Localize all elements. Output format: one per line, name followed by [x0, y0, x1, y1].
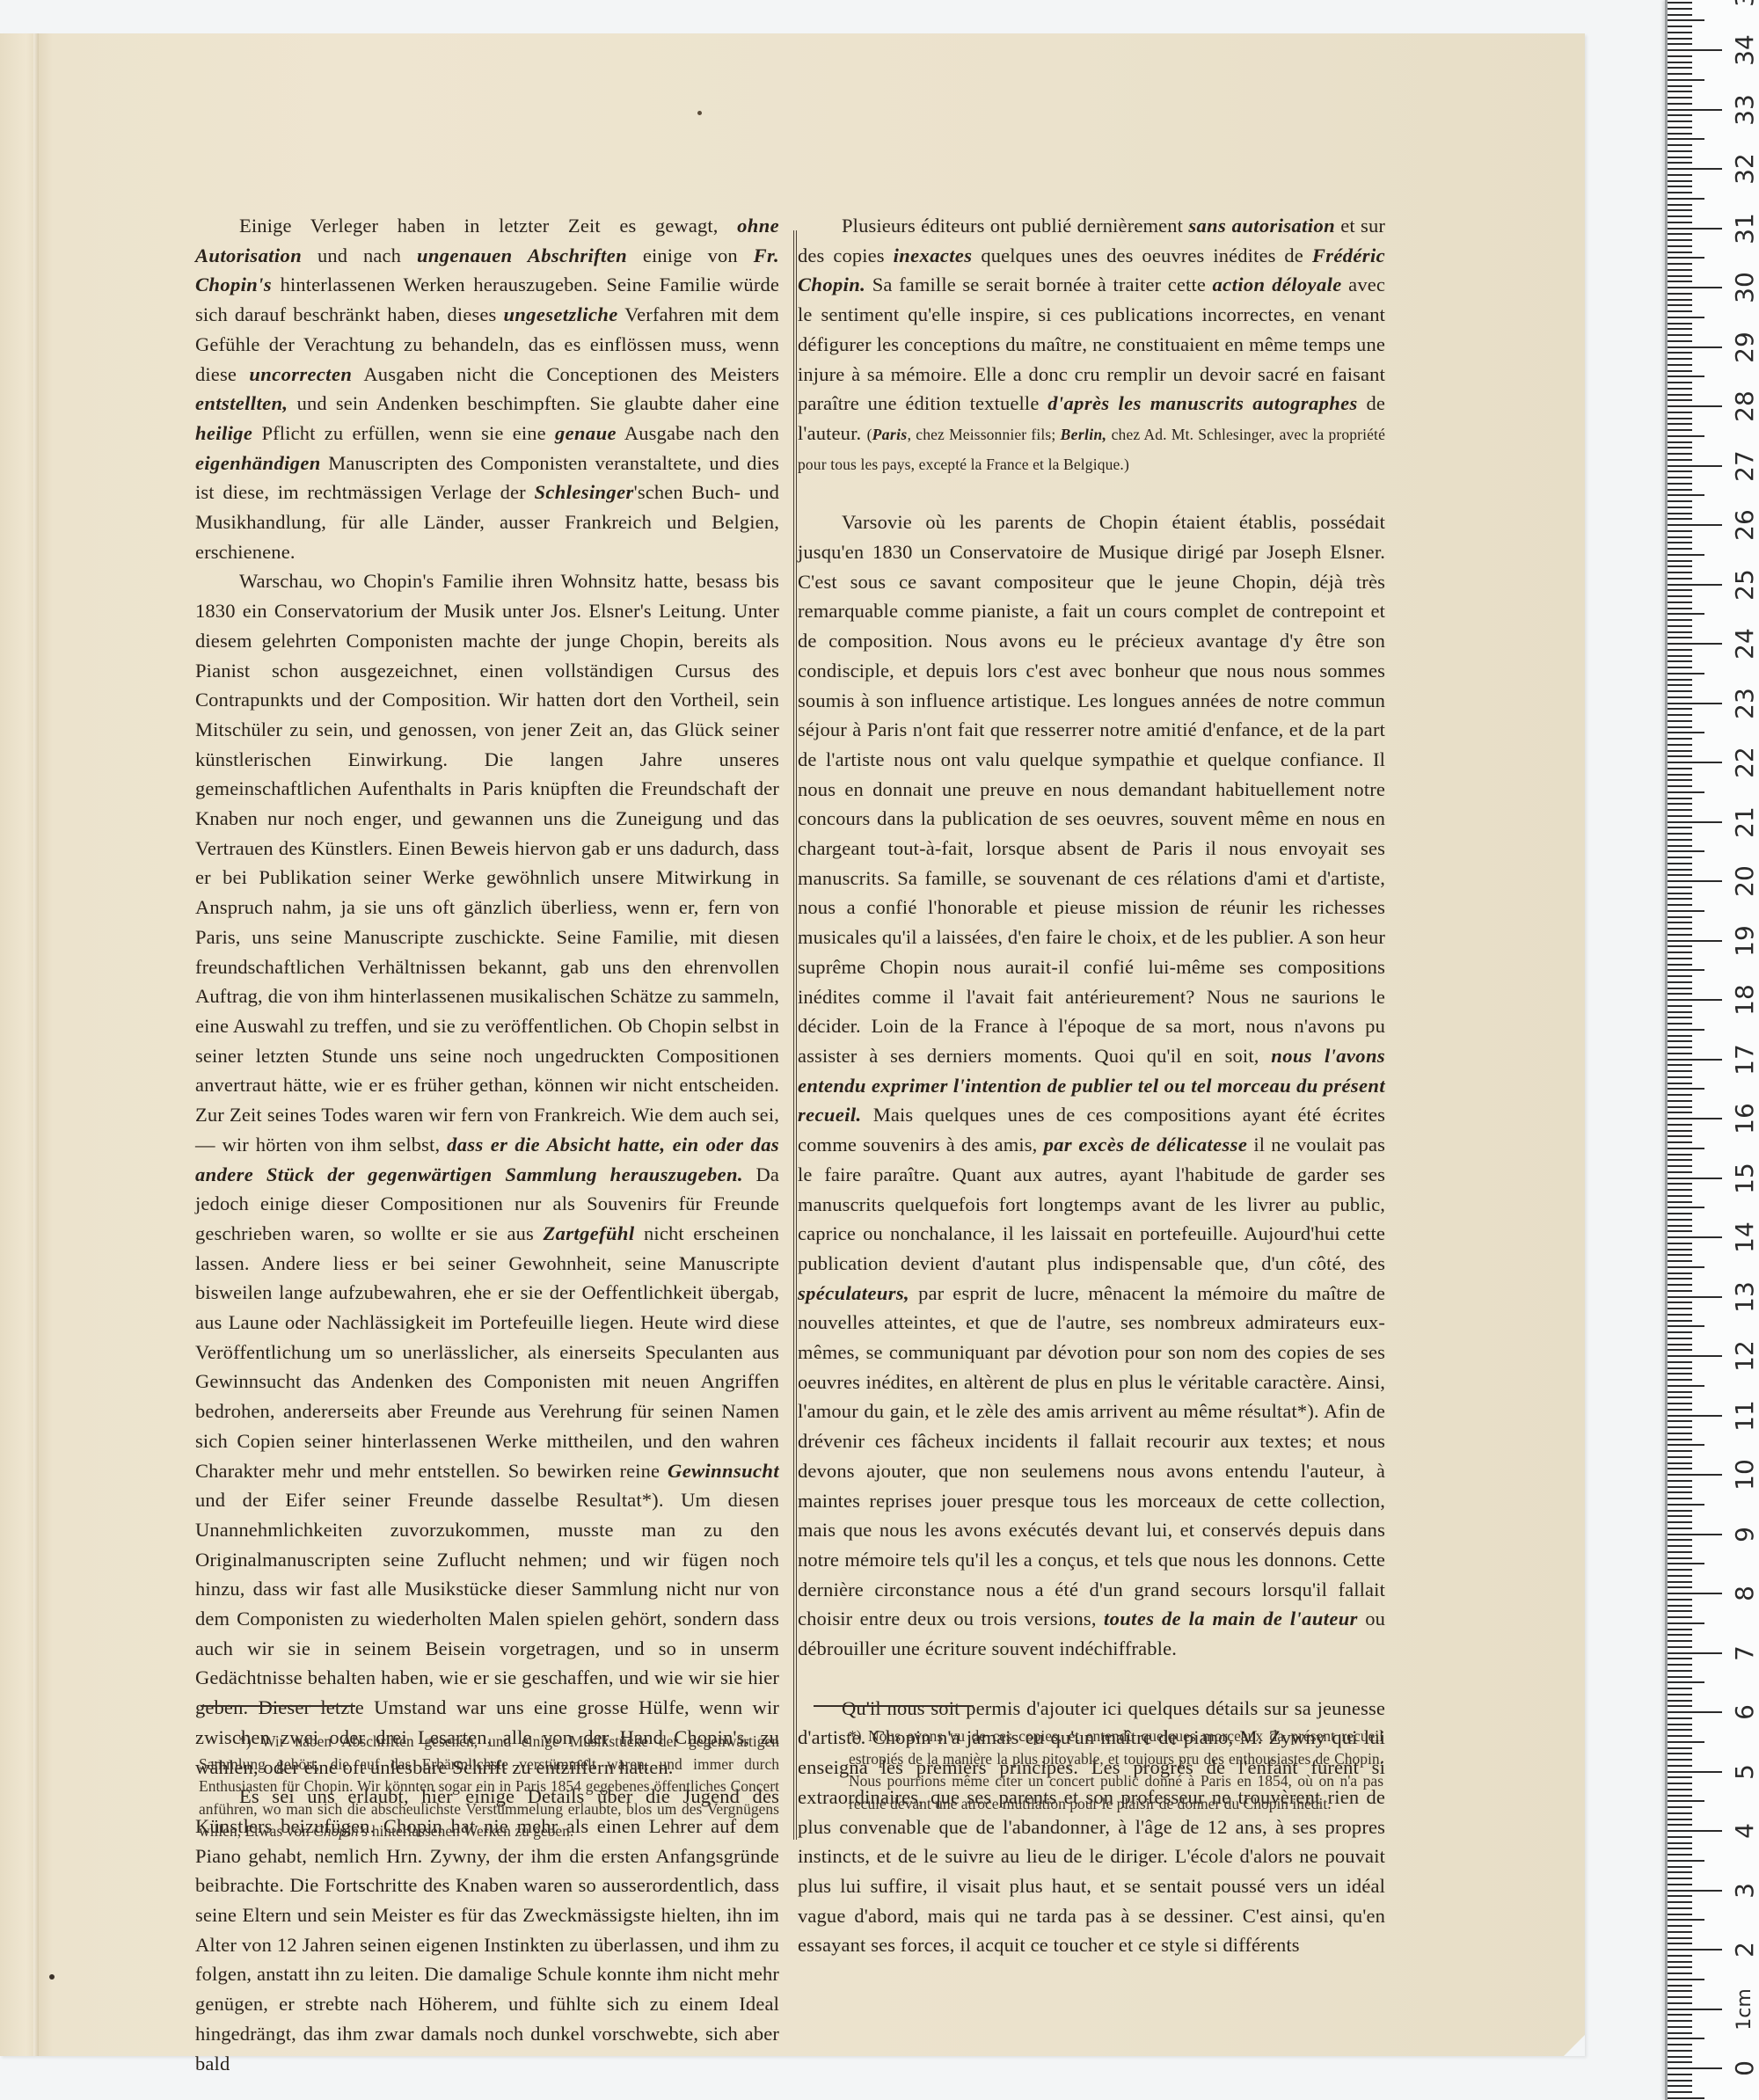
ruler-tick	[1668, 999, 1722, 1001]
ruler-tick	[1668, 1616, 1692, 1618]
ruler-tick	[1668, 1819, 1692, 1820]
ruler-tick	[1668, 750, 1692, 752]
ruler-tick	[1668, 1694, 1692, 1695]
ruler-tick	[1668, 1260, 1692, 1262]
ruler-label: 29	[1733, 332, 1757, 363]
ruler-tick	[1668, 1646, 1692, 1648]
ruler-label: 3	[1733, 1875, 1757, 1907]
ruler-tick	[1668, 1510, 1692, 1512]
ruler-tick	[1668, 1593, 1722, 1594]
ruler-tick	[1668, 993, 1692, 995]
ruler-tick	[1668, 560, 1692, 562]
ruler-tick	[1668, 1848, 1692, 1849]
ruler-tick	[1668, 133, 1692, 135]
ruler-tick	[1668, 975, 1692, 977]
ruler-tick	[1668, 103, 1692, 105]
ruler-tick	[1668, 726, 1692, 728]
ruler-tick	[1668, 578, 1692, 580]
ruler-tick	[1668, 714, 1692, 716]
ruler-tick	[1668, 1581, 1692, 1583]
ruler-tick	[1668, 845, 1692, 847]
ruler-tick	[1668, 1272, 1692, 1274]
ruler-tick	[1668, 1159, 1692, 1161]
ruler-tick	[1668, 1148, 1704, 1149]
ruler-tick	[1668, 1812, 1692, 1814]
ruler-tick	[1668, 1207, 1704, 1208]
ruler-tick	[1668, 738, 1692, 740]
ruler-tick	[1668, 572, 1692, 573]
ruler-tick	[1668, 631, 1692, 633]
ruler-tick	[1668, 1178, 1722, 1179]
ruler-tick	[1668, 649, 1692, 651]
ruler-tick	[1668, 922, 1692, 923]
ruler-tick	[1668, 1302, 1692, 1303]
ruler-tick	[1668, 1355, 1722, 1357]
ruler-tick	[1668, 945, 1692, 947]
ruler-tick	[1668, 198, 1704, 200]
ruler-tick	[1668, 388, 1692, 390]
ruler-tick	[1668, 97, 1692, 98]
ruler-tick	[1668, 1349, 1692, 1351]
ruler-tick	[1668, 809, 1692, 811]
german-footnote-rule	[201, 1705, 355, 1707]
ruler-tick	[1668, 1415, 1722, 1417]
ruler-tick	[1668, 1325, 1704, 1327]
ruler-tick	[1668, 376, 1704, 377]
ruler-tick	[1668, 2074, 1692, 2075]
ruler-tick	[1668, 1367, 1692, 1369]
ruler-tick	[1668, 252, 1692, 253]
ruler-tick	[1668, 1676, 1692, 1678]
ruler-tick	[1668, 2085, 1692, 2087]
ruler-tick	[1668, 174, 1692, 176]
publisher-note: (Paris, chez Meissonnier fils; Berlin, c…	[798, 426, 1385, 473]
ruler-tick	[1668, 1450, 1692, 1452]
ruler-tick	[1668, 1498, 1692, 1499]
ruler-tick	[1668, 138, 1704, 140]
ruler-tick	[1668, 1765, 1692, 1767]
ruler-label: 20	[1733, 865, 1757, 897]
ruler-tick	[1668, 1439, 1692, 1440]
ruler-label: 34	[1733, 34, 1757, 66]
paper-speck	[697, 111, 702, 115]
german-footnote: *) Wir haben Abschriften gesehen, und ei…	[199, 1731, 779, 1843]
ruler-tick	[1668, 1545, 1692, 1547]
ruler-tick	[1668, 1776, 1692, 1778]
ruler-tick	[1668, 2020, 1692, 2022]
ruler-tick	[1668, 1124, 1692, 1126]
ruler-tick	[1668, 328, 1692, 330]
ruler-tick	[1668, 762, 1722, 763]
ruler-tick	[1668, 2067, 1722, 2069]
ruler-tick	[1668, 774, 1692, 776]
ruler-tick	[1668, 1979, 1704, 1980]
ruler-tick	[1668, 1931, 1692, 1933]
ruler-tick	[1668, 1599, 1692, 1601]
ruler-tick	[1668, 1225, 1692, 1227]
ruler-tick	[1668, 1278, 1692, 1280]
ruler-label: 23	[1733, 688, 1757, 719]
ruler-tick	[1668, 827, 1692, 828]
ruler-tick	[1668, 613, 1704, 615]
ruler-tick	[1668, 1842, 1692, 1844]
ruler-tick	[1668, 1486, 1692, 1488]
ruler-tick	[1668, 1806, 1692, 1808]
ruler-tick	[1668, 2009, 1722, 2010]
ruler-tick	[1668, 1023, 1692, 1024]
ruler-tick	[1668, 38, 1692, 40]
ruler-tick	[1668, 1521, 1692, 1523]
french-intro-text: Plusieurs éditeurs ont publié dernièreme…	[798, 215, 1385, 444]
ruler-tick	[1668, 358, 1692, 360]
ruler-tick	[1668, 1539, 1692, 1541]
ruler-tick	[1668, 863, 1692, 864]
ruler-tick	[1668, 1610, 1692, 1612]
measuring-ruler: 01cm234567891011121314151617181920212223…	[1665, 0, 1759, 2100]
ruler-tick	[1668, 2097, 1704, 2099]
ruler-tick	[1668, 79, 1704, 81]
ruler-tick	[1668, 744, 1692, 746]
ruler-tick	[1668, 720, 1692, 722]
ruler-tick	[1668, 874, 1692, 876]
french-footnote: *) Nous avons vu de ces copies, et enten…	[849, 1725, 1383, 1815]
ruler-label: 17	[1733, 1044, 1757, 1076]
ruler-tick	[1668, 209, 1692, 211]
ruler-tick	[1668, 1219, 1692, 1221]
ruler-tick	[1668, 2044, 1692, 2045]
ruler-label: 16	[1733, 1103, 1757, 1134]
ruler-tick	[1668, 667, 1692, 668]
ruler-tick	[1668, 233, 1692, 235]
ruler-tick	[1668, 1735, 1692, 1737]
ruler-tick	[1668, 2061, 1692, 2063]
ruler-tick	[1668, 293, 1692, 295]
ruler-tick	[1668, 340, 1692, 342]
ruler-tick	[1668, 1130, 1692, 1132]
ruler-tick	[1668, 1569, 1692, 1571]
ruler-label: 8	[1733, 1578, 1757, 1609]
ruler-tick	[1668, 815, 1692, 817]
ruler-label: 15	[1733, 1163, 1757, 1194]
ruler-tick	[1668, 405, 1722, 407]
ruler-tick	[1668, 732, 1704, 733]
ruler-label: 24	[1733, 628, 1757, 660]
ruler-tick	[1668, 465, 1722, 467]
ruler-tick	[1668, 67, 1692, 69]
ruler-tick	[1668, 168, 1722, 170]
ruler-tick	[1668, 2080, 1692, 2082]
ruler-tick	[1668, 109, 1722, 111]
ruler-tick	[1668, 1575, 1692, 1577]
ruler-tick	[1668, 1320, 1692, 1322]
ruler-tick	[1668, 679, 1692, 681]
ruler-tick	[1668, 1083, 1692, 1084]
ruler-label: 21	[1733, 806, 1757, 838]
ruler-tick	[1668, 1344, 1692, 1345]
ruler-tick	[1668, 548, 1692, 550]
ruler-tick	[1668, 2026, 1692, 2028]
ruler-tick	[1668, 595, 1692, 597]
ruler-label: 9	[1733, 1519, 1757, 1550]
ruler-tick	[1668, 1884, 1692, 1885]
ruler-tick	[1668, 1385, 1704, 1387]
ruler-tick	[1668, 269, 1692, 271]
ruler-tick	[1668, 1403, 1692, 1404]
ruler-tick	[1668, 1106, 1692, 1108]
ruler-tick	[1668, 1183, 1692, 1185]
ruler-tick	[1668, 536, 1692, 538]
ruler-tick	[1668, 14, 1692, 16]
ruler-tick	[1668, 507, 1692, 508]
ruler-tick	[1668, 2, 1692, 4]
ruler-label: 25	[1733, 569, 1757, 601]
ruler-label: 1cm	[1733, 1983, 1757, 2036]
ruler-tick	[1668, 317, 1704, 318]
ruler-tick	[1668, 150, 1692, 152]
ruler-tick	[1668, 1705, 1692, 1707]
ruler-tick	[1668, 1504, 1704, 1506]
ruler-tick	[1668, 435, 1704, 437]
ruler-tick	[1668, 696, 1692, 698]
ruler-tick	[1668, 655, 1692, 657]
ruler-tick	[1668, 429, 1692, 431]
ruler-tick	[1668, 49, 1722, 51]
ruler-tick	[1668, 703, 1722, 704]
ruler-tick	[1668, 1759, 1692, 1761]
ruler-tick	[1668, 1711, 1722, 1713]
ruler-tick	[1668, 673, 1704, 674]
ruler-tick	[1668, 1064, 1692, 1066]
ruler-tick	[1668, 1361, 1692, 1363]
ruler-tick	[1668, 239, 1692, 241]
ruler-tick	[1668, 1046, 1692, 1048]
ruler-tick	[1668, 477, 1692, 478]
ruler-tick	[1668, 1444, 1704, 1446]
ruler-tick	[1668, 8, 1692, 10]
ruler-tick	[1668, 1996, 1692, 1998]
ruler-tick	[1668, 364, 1692, 366]
ruler-tick	[1668, 1284, 1692, 1286]
ruler-tick	[1668, 1005, 1692, 1007]
french-column: Plusieurs éditeurs ont publié dernièreme…	[798, 211, 1385, 1960]
ruler-tick	[1668, 1468, 1692, 1469]
ruler-tick	[1668, 186, 1692, 187]
ruler-tick	[1668, 310, 1692, 312]
ruler-tick	[1668, 1534, 1722, 1535]
ruler-tick	[1668, 1700, 1692, 1702]
ruler-tick	[1668, 1088, 1704, 1090]
ruler-tick	[1668, 423, 1692, 425]
ruler-tick	[1668, 602, 1692, 603]
ruler-tick	[1668, 1266, 1704, 1268]
ruler-tick	[1668, 1729, 1692, 1731]
ruler-tick	[1668, 1076, 1692, 1078]
ruler-tick	[1668, 850, 1704, 852]
ruler-tick	[1668, 619, 1692, 621]
ruler-tick	[1668, 1331, 1692, 1333]
ruler-tick	[1668, 1800, 1704, 1802]
ruler-tick	[1668, 1100, 1692, 1102]
ruler-tick	[1668, 768, 1692, 769]
ruler-tick	[1668, 969, 1704, 971]
ruler-tick	[1668, 660, 1692, 662]
ruler-tick	[1668, 1955, 1692, 1957]
ruler-tick	[1668, 1118, 1722, 1119]
ruler-tick	[1668, 245, 1692, 247]
ruler-tick	[1668, 43, 1692, 45]
ruler-tick	[1668, 554, 1704, 556]
ruler-tick	[1668, 162, 1692, 164]
ruler-tick	[1668, 1433, 1692, 1434]
ruler-tick	[1668, 334, 1692, 336]
ruler-tick	[1668, 192, 1692, 193]
ruler-tick	[1668, 1854, 1692, 1856]
ruler-tick	[1668, 779, 1692, 781]
ruler-tick	[1668, 1135, 1692, 1137]
ruler-tick	[1668, 120, 1692, 122]
ruler-tick	[1668, 287, 1722, 288]
ruler-tick	[1668, 281, 1692, 282]
ruler-tick	[1668, 1491, 1692, 1493]
ruler-label: 26	[1733, 509, 1757, 541]
ruler-tick	[1668, 1557, 1692, 1559]
ruler-tick	[1668, 1230, 1692, 1232]
ruler-label: 27	[1733, 450, 1757, 482]
ruler-tick	[1668, 299, 1692, 301]
ruler-tick	[1668, 1409, 1692, 1411]
ruler-tick	[1668, 32, 1692, 33]
ruler-label: 35	[1733, 0, 1757, 7]
ruler-tick	[1668, 1925, 1692, 1927]
ruler-tick	[1668, 1551, 1692, 1553]
ruler-tick	[1668, 2002, 1692, 2004]
ruler-tick	[1668, 370, 1692, 372]
ruler-tick	[1668, 886, 1692, 888]
ruler-tick	[1668, 114, 1692, 116]
ruler-tick	[1668, 803, 1692, 805]
ruler-tick	[1668, 1871, 1692, 1873]
ruler-tick	[1668, 1961, 1692, 1963]
ruler-tick	[1668, 1830, 1722, 1832]
ruler-tick	[1668, 791, 1704, 793]
ruler-tick	[1668, 1426, 1692, 1428]
french-paragraph-1: Plusieurs éditeurs ont publié dernièreme…	[798, 211, 1385, 478]
ruler-label: 19	[1733, 925, 1757, 957]
ruler-tick	[1668, 1652, 1722, 1654]
french-footnote-rule	[814, 1705, 974, 1707]
ruler-tick	[1668, 1373, 1692, 1374]
ruler-label: 30	[1733, 272, 1757, 303]
ruler-label: 32	[1733, 153, 1757, 185]
ruler-tick	[1668, 1094, 1692, 1096]
ruler-tick	[1668, 964, 1692, 966]
ruler-tick	[1668, 1972, 1692, 1974]
ruler-tick	[1668, 1338, 1692, 1339]
ruler-tick	[1668, 1688, 1692, 1689]
ruler-tick	[1668, 1171, 1692, 1173]
ruler-tick	[1668, 1112, 1692, 1113]
ruler-tick	[1668, 1059, 1722, 1061]
ruler-tick	[1668, 1243, 1692, 1244]
ruler-tick	[1668, 798, 1692, 799]
ruler-tick	[1668, 513, 1692, 514]
ruler-tick	[1668, 1189, 1692, 1191]
ruler-tick	[1668, 1919, 1704, 1921]
ruler-tick	[1668, 304, 1692, 306]
ruler-label: 28	[1733, 390, 1757, 422]
ruler-tick	[1668, 1753, 1692, 1754]
ruler-tick	[1668, 2014, 1692, 2016]
ruler-tick	[1668, 323, 1692, 324]
ruler-tick	[1668, 26, 1692, 27]
ruler-tick	[1668, 19, 1704, 21]
ruler-tick	[1668, 1195, 1692, 1197]
ruler-tick	[1668, 1985, 1692, 1987]
ruler-tick	[1668, 1029, 1704, 1031]
ruler-tick	[1668, 1990, 1692, 1992]
ruler-tick	[1668, 2050, 1692, 2052]
german-paragraph-2: Warschau, wo Chopin's Familie ihren Wohn…	[195, 566, 779, 1782]
ruler-tick	[1668, 144, 1692, 146]
ruler-tick	[1668, 839, 1692, 841]
ruler-tick	[1668, 934, 1692, 936]
ruler-tick	[1668, 625, 1692, 627]
ruler-tick	[1668, 127, 1692, 128]
ruler-tick	[1668, 1789, 1692, 1790]
ruler-tick	[1668, 1741, 1704, 1743]
ruler-tick	[1668, 494, 1704, 496]
ruler-tick	[1668, 91, 1692, 92]
german-footnote-text: *) Wir haben Abschriften gesehen, und ei…	[199, 1731, 779, 1843]
ruler-tick	[1668, 1035, 1692, 1037]
french-footnote-text: *) Nous avons vu de ces copies, et enten…	[849, 1725, 1383, 1815]
ruler-tick	[1668, 518, 1692, 520]
ruler-tick	[1668, 1914, 1692, 1915]
ruler-tick	[1668, 916, 1692, 918]
ruler-tick	[1668, 1480, 1692, 1482]
ruler-tick	[1668, 1670, 1692, 1672]
ruler-label: 10	[1733, 1459, 1757, 1491]
ruler-tick	[1668, 1396, 1692, 1398]
ruler-label: 2	[1733, 1934, 1757, 1965]
ruler-tick	[1668, 62, 1692, 63]
ruler-tick	[1668, 637, 1692, 638]
ruler-tick	[1668, 1634, 1692, 1636]
ruler-tick	[1668, 55, 1692, 57]
ruler-tick	[1668, 821, 1722, 823]
ruler-tick	[1668, 1824, 1692, 1826]
column-divider	[793, 230, 797, 1840]
ruler-tick	[1668, 1462, 1692, 1464]
ruler-tick	[1668, 73, 1692, 75]
ruler-label: 14	[1733, 1221, 1757, 1253]
ruler-tick	[1668, 1878, 1692, 1879]
ruler-tick	[1668, 263, 1692, 265]
ruler-tick	[1668, 988, 1692, 989]
ruler-tick	[1668, 1605, 1692, 1607]
ruler-tick	[1668, 500, 1692, 502]
ruler-tick	[1668, 1640, 1692, 1642]
ruler-tick	[1668, 880, 1722, 882]
ruler-tick	[1668, 584, 1722, 586]
ruler-label: 12	[1733, 1340, 1757, 1372]
ruler-tick	[1668, 589, 1692, 591]
ruler-tick	[1668, 857, 1692, 858]
paper-speck	[49, 1974, 55, 1980]
ruler-tick	[1668, 869, 1692, 871]
ruler-tick	[1668, 1901, 1692, 1903]
ruler-tick	[1668, 2091, 1692, 2093]
